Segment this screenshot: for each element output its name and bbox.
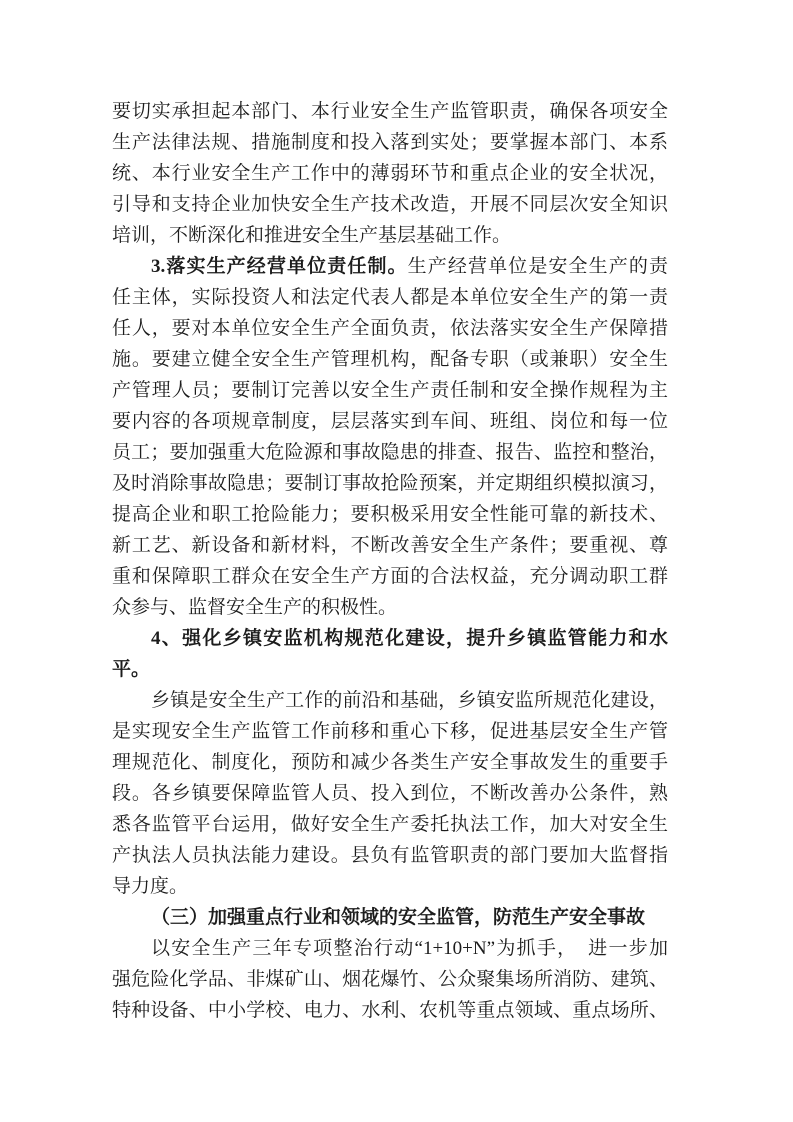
text-line: 段。各乡镇要保障监管人员、投入到位，不断改善办公条件，熟 [112,778,668,809]
text-run: 产执法人员执法能力建设。县负有监管职责的部门要加大监督指 [112,845,668,866]
text-line: 提高企业和职工抢险能力；要积极采用安全性能可靠的新技术、 [112,499,668,530]
text-run: 导力度。 [112,876,188,897]
text-run: 是实现安全生产监管工作前移和重心下移，促进基层安全生产管 [112,721,668,742]
text-line: 以安全生产三年专项整治行动“1+10+N”为抓手， 进一步加 [112,933,668,964]
text-line: （三）加强重点行业和领域的安全监管，防范生产安全事故 [112,902,668,933]
paragraph-department-duty-continued: 要切实承担起本部门、本行业安全生产监管职责，确保各项安全生产法律法规、措施制度和… [112,96,668,251]
text-run: 统、本行业安全生产工作中的薄弱环节和重点企业的安全状况， [112,163,668,184]
text-run: 生产法律法规、措施制度和投入落到实处；要掌握本部门、本系 [112,132,668,153]
text-line: 统、本行业安全生产工作中的薄弱环节和重点企业的安全状况， [112,158,668,189]
text-line: 众参与、监督安全生产的积极性。 [112,592,668,623]
text-line: 新工艺、新设备和新材料，不断改善安全生产条件；要重视、尊 [112,530,668,561]
text-line: 产执法人员执法能力建设。县负有监管职责的部门要加大监督指 [112,840,668,871]
text-run: 悉各监管平台运用，做好安全生产委托执法工作，加大对安全生 [112,814,668,835]
bold-text-run: 3.落实生产经营单位责任制。 [151,256,408,277]
text-run: 任主体，实际投资人和法定代表人都是本单位安全生产的第一责 [112,287,668,308]
text-line: 3.落实生产经营单位责任制。生产经营单位是安全生产的责 [112,251,668,282]
document-page: 要切实承担起本部门、本行业安全生产监管职责，确保各项安全生产法律法规、措施制度和… [0,0,793,1122]
text-line: 产管理人员；要制订完善以安全生产责任制和安全操作规程为主 [112,375,668,406]
document-body: 要切实承担起本部门、本行业安全生产监管职责，确保各项安全生产法律法规、措施制度和… [112,96,668,1026]
text-line: 平。 [112,654,668,685]
heading-section3-key-industries: （三）加强重点行业和领域的安全监管，防范生产安全事故 [112,902,668,933]
text-line: 4、强化乡镇安监机构规范化建设，提升乡镇监管能力和水 [112,623,668,654]
text-line: 理规范化、制度化，预防和减少各类生产安全事故发生的重要手 [112,747,668,778]
text-line: 及时消除事故隐患；要制订事故抢险预案，并定期组织模拟演习， [112,468,668,499]
text-line: 重和保障职工群众在安全生产方面的合法权益，充分调动职工群 [112,561,668,592]
text-line: 导力度。 [112,871,668,902]
text-run: 强危险化学品、非煤矿山、烟花爆竹、公众聚集场所消防、建筑、 [112,969,668,990]
text-run: 引导和支持企业加快安全生产技术改造，开展不同层次安全知识 [112,194,668,215]
text-line: 要切实承担起本部门、本行业安全生产监管职责，确保各项安全 [112,96,668,127]
text-line: 悉各监管平台运用，做好安全生产委托执法工作，加大对安全生 [112,809,668,840]
bold-text-run: （三）加强重点行业和领域的安全监管，防范生产安全事故 [151,907,645,928]
text-run: 重和保障职工群众在安全生产方面的合法权益，充分调动职工群 [112,566,668,587]
text-run: 及时消除事故隐患；要制订事故抢险预案，并定期组织模拟演习， [112,473,668,494]
text-line: 强危险化学品、非煤矿山、烟花爆竹、公众聚集场所消防、建筑、 [112,964,668,995]
text-line: 施。要建立健全安全生产管理机构，配备专职（或兼职）安全生 [112,344,668,375]
paragraph-special-rectification: 以安全生产三年专项整治行动“1+10+N”为抓手， 进一步加强危险化学品、非煤矿… [112,933,668,1026]
text-run: 乡镇是安全生产工作的前沿和基础，乡镇安监所规范化建设， [151,690,668,711]
text-line: 生产法律法规、措施制度和投入落到实处；要掌握本部门、本系 [112,127,668,158]
text-run: 生产经营单位是安全生产的责 [408,256,668,277]
text-run: 要内容的各项规章制度，层层落实到车间、班组、岗位和每一位 [112,411,668,432]
text-line: 引导和支持企业加快安全生产技术改造，开展不同层次安全知识 [112,189,668,220]
paragraph-township-detail: 乡镇是安全生产工作的前沿和基础，乡镇安监所规范化建设，是实现安全生产监管工作前移… [112,685,668,902]
text-run: 众参与、监督安全生产的积极性。 [112,597,397,618]
text-line: 任人，要对本单位安全生产全面负责，依法落实安全生产保障措 [112,313,668,344]
text-run: 施。要建立健全安全生产管理机构，配备专职（或兼职）安全生 [112,349,668,370]
text-run: 任人，要对本单位安全生产全面负责，依法落实安全生产保障措 [112,318,668,339]
text-run: 特种设备、中小学校、电力、水利、农机等重点领域、重点场所、 [112,1000,668,1021]
text-run: 新工艺、新设备和新材料，不断改善安全生产条件；要重视、尊 [112,535,668,556]
text-run: 提高企业和职工抢险能力；要积极采用安全性能可靠的新技术、 [112,504,668,525]
heading-item4-township-supervision: 4、强化乡镇安监机构规范化建设，提升乡镇监管能力和水平。 [112,623,668,685]
text-line: 任主体，实际投资人和法定代表人都是本单位安全生产的第一责 [112,282,668,313]
text-line: 员工；要加强重大危险源和事故隐患的排查、报告、监控和整治， [112,437,668,468]
text-line: 乡镇是安全生产工作的前沿和基础，乡镇安监所规范化建设， [112,685,668,716]
text-line: 要内容的各项规章制度，层层落实到车间、班组、岗位和每一位 [112,406,668,437]
text-run: 以安全生产三年专项整治行动“1+10+N”为抓手， 进一步加 [151,938,668,959]
text-line: 特种设备、中小学校、电力、水利、农机等重点领域、重点场所、 [112,995,668,1026]
bold-text-run: 平。 [112,659,150,680]
text-run: 培训，不断深化和推进安全生产基层基础工作。 [112,225,511,246]
bold-text-run: 4、强化乡镇安监机构规范化建设，提升乡镇监管能力和水 [151,628,668,649]
text-run: 段。各乡镇要保障监管人员、投入到位，不断改善办公条件，熟 [112,783,668,804]
text-run: 产管理人员；要制订完善以安全生产责任制和安全操作规程为主 [112,380,668,401]
text-line: 是实现安全生产监管工作前移和重心下移，促进基层安全生产管 [112,716,668,747]
text-run: 理规范化、制度化，预防和减少各类生产安全事故发生的重要手 [112,752,668,773]
paragraph-item3-enterprise-responsibility: 3.落实生产经营单位责任制。生产经营单位是安全生产的责任主体，实际投资人和法定代… [112,251,668,623]
text-run: 员工；要加强重大危险源和事故隐患的排查、报告、监控和整治， [112,442,668,463]
text-run: 要切实承担起本部门、本行业安全生产监管职责，确保各项安全 [112,101,668,122]
text-line: 培训，不断深化和推进安全生产基层基础工作。 [112,220,668,251]
